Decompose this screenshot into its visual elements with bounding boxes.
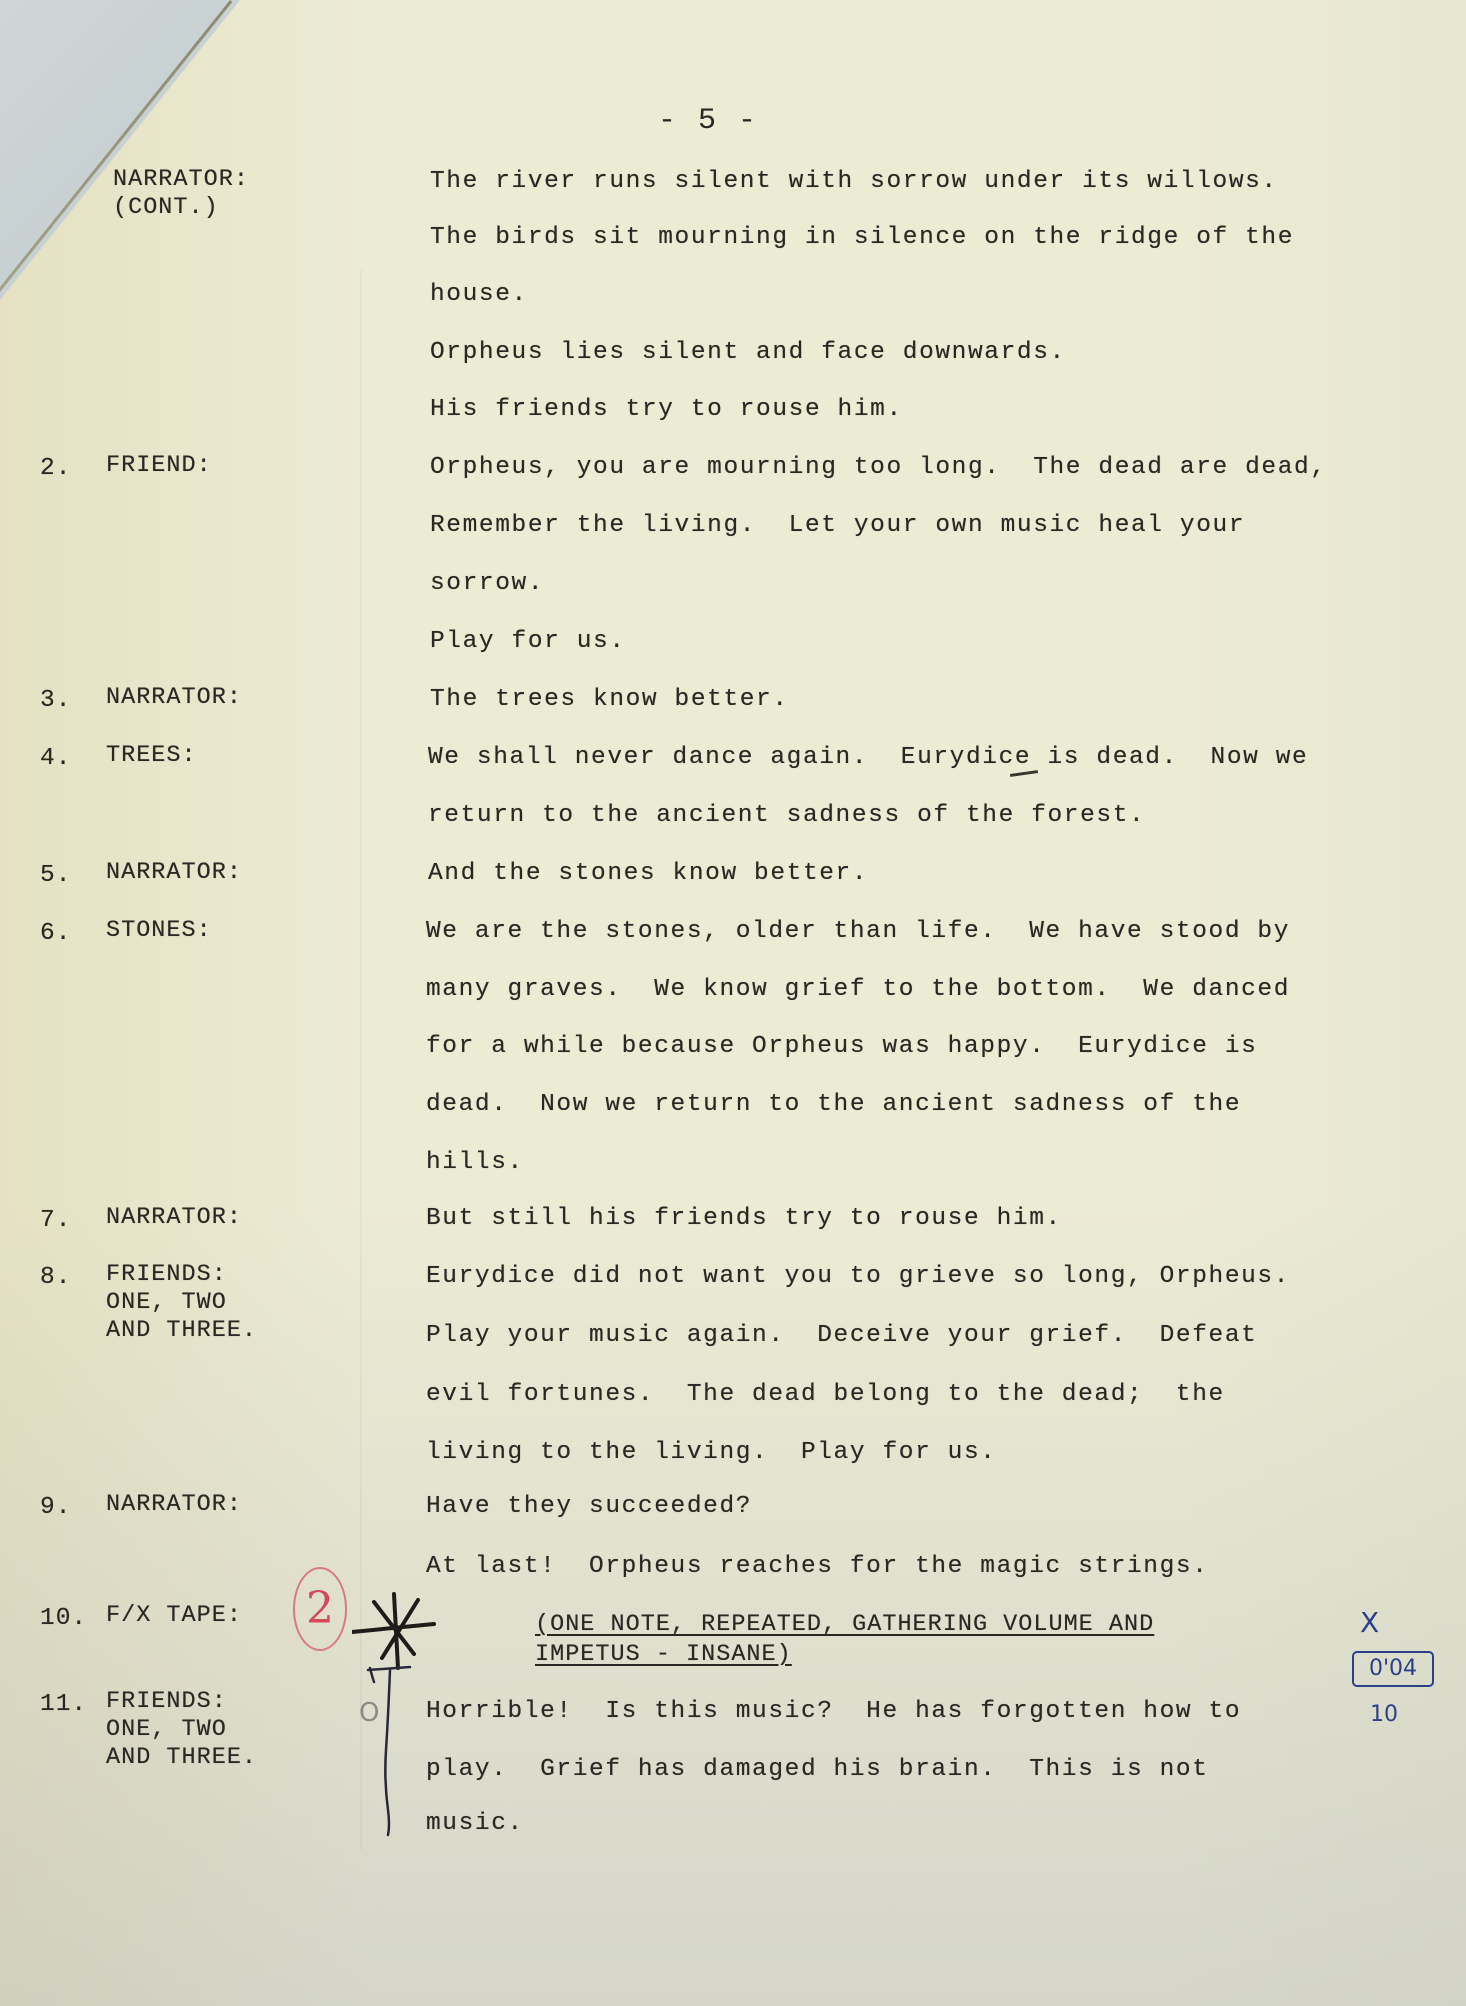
cue-number: 9. xyxy=(40,1494,71,1521)
dialogue-line: living to the living. Play for us. xyxy=(426,1441,997,1466)
blue-number-annotation: 10 xyxy=(1370,1702,1398,1727)
cue-number: 11. xyxy=(40,1691,87,1718)
speaker-friends: FRIENDS: ONE, TWO AND THREE. xyxy=(106,1688,257,1772)
dialogue-line: Horrible! Is this music? He has forgotte… xyxy=(426,1700,1241,1725)
dialogue-line: Remember the living. Let your own music … xyxy=(430,514,1245,539)
dialogue-line: Orpheus, you are mourning too long. The … xyxy=(430,456,1327,481)
cue-number: 5. xyxy=(40,862,71,889)
speaker-stones: STONES: xyxy=(106,917,212,945)
page-number: - 5 - xyxy=(658,104,758,138)
dialogue-line: But still his friends try to rouse him. xyxy=(426,1207,1062,1232)
cue-number: 4. xyxy=(40,745,71,772)
dialogue-line: At last! Orpheus reaches for the magic s… xyxy=(426,1555,1209,1580)
dialogue-line: return to the ancient sadness of the for… xyxy=(428,804,1145,829)
dialogue-line: And the stones know better. xyxy=(428,862,868,887)
speaker-narrator: NARRATOR: xyxy=(106,1204,242,1232)
dialogue-line: His friends try to rouse him. xyxy=(430,398,903,423)
speaker-friends: FRIENDS: ONE, TWO AND THREE. xyxy=(106,1261,257,1345)
blue-crossed-mark: X xyxy=(1360,1606,1379,1639)
pencil-underline-mark xyxy=(1010,770,1038,777)
speaker-fx-tape: F/X TAPE: xyxy=(106,1602,242,1630)
blue-boxed-duration: 0'04 xyxy=(1352,1651,1434,1687)
speaker-narrator: NARRATOR: xyxy=(106,859,242,887)
dialogue-line: for a while because Orpheus was happy. E… xyxy=(426,1035,1257,1060)
cue-number: 2. xyxy=(40,455,71,482)
cue-bracket-mark xyxy=(360,1660,420,1840)
dialogue-line: The birds sit mourning in silence on the… xyxy=(430,226,1294,251)
speaker-narrator: NARRATOR: xyxy=(106,1491,242,1519)
dialogue-line: play. Grief has damaged his brain. This … xyxy=(426,1758,1209,1783)
dialogue-line: Play for us. xyxy=(430,630,626,655)
cue-number: 8. xyxy=(40,1264,71,1291)
typescript-page: - 5 - NARRATOR: (CONT.) The river runs s… xyxy=(0,0,1466,2006)
dialogue-line: Eurydice did not want you to grieve so l… xyxy=(426,1265,1290,1290)
dialogue-line: We shall never dance again. Eurydice is … xyxy=(428,746,1308,771)
dialogue-line: The river runs silent with sorrow under … xyxy=(430,170,1278,195)
dialogue-line: Play your music again. Deceive your grie… xyxy=(426,1324,1257,1349)
red-circled-cue-annotation: 2 xyxy=(293,1567,347,1651)
cue-number: 6. xyxy=(40,920,71,947)
dialogue-line: dead. Now we return to the ancient sadne… xyxy=(426,1093,1241,1118)
dialogue-line: Have they succeeded? xyxy=(426,1495,752,1520)
dialogue-line: house. xyxy=(430,283,528,308)
dialogue-line: Orpheus lies silent and face downwards. xyxy=(430,341,1066,366)
dialogue-line: We are the stones, older than life. We h… xyxy=(426,920,1290,945)
speaker-narrator-cont: NARRATOR: (CONT.) xyxy=(113,166,249,222)
cue-number: 10. xyxy=(40,1605,87,1632)
dialogue-line: The trees know better. xyxy=(430,688,789,713)
cue-number: 3. xyxy=(40,687,71,714)
dialogue-line: many graves. We know grief to the bottom… xyxy=(426,978,1290,1003)
dialogue-line: evil fortunes. The dead belong to the de… xyxy=(426,1383,1225,1408)
dialogue-line: music. xyxy=(426,1812,524,1837)
grey-pencil-mark: O xyxy=(359,1698,379,1728)
speaker-trees: TREES: xyxy=(106,742,197,770)
dialogue-line: hills. xyxy=(426,1151,524,1176)
sound-effect-direction: (ONE NOTE, REPEATED, GATHERING VOLUME AN… xyxy=(535,1610,1154,1670)
folded-page-corner xyxy=(0,0,240,300)
speaker-narrator: NARRATOR: xyxy=(106,684,242,712)
dialogue-line: sorrow. xyxy=(430,572,544,597)
cue-number: 7. xyxy=(40,1207,71,1234)
speaker-friend: FRIEND: xyxy=(106,452,212,480)
